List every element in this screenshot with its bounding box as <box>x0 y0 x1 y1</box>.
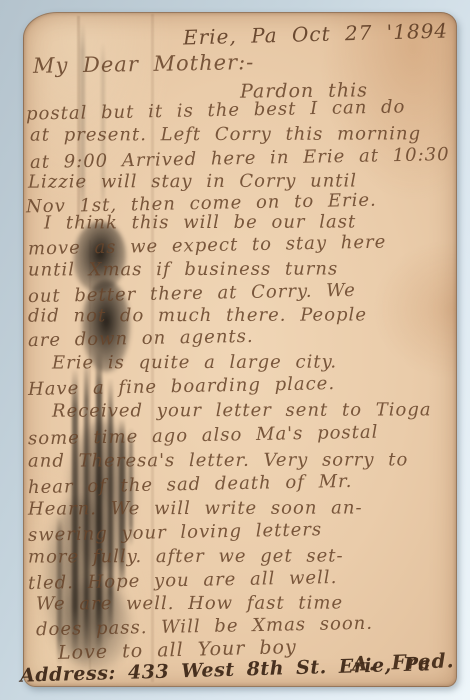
salutation: My Dear Mother:- <box>33 50 255 78</box>
scanned-postcard-scene: Erie, Pa Oct 27 '1894 My Dear Mother:- P… <box>0 0 470 700</box>
letter-line: We are well. How fast time <box>36 592 343 614</box>
signature: A. Fred. <box>352 648 455 676</box>
letter-line: did not do much there. People <box>28 304 367 326</box>
letter-line: are down on agents. <box>28 326 254 351</box>
letter-line: Erie is quite a large city. <box>52 352 337 374</box>
letter-line: at present. Left Corry this morning <box>30 123 421 145</box>
letter-line: until Xmas if business turns <box>28 258 338 280</box>
letter-line: Lizzie will stay in Corry until <box>28 170 357 192</box>
letter-line: Received your letter sent to Tioga <box>52 399 432 421</box>
letter-line: I think this will be our last <box>44 211 356 233</box>
letter-line: Hearn. We will write soon an- <box>28 497 363 519</box>
letter-line: more fully. after we get set- <box>28 545 344 567</box>
letter-line: and Theresa's letter. Very sorry to <box>28 449 408 471</box>
